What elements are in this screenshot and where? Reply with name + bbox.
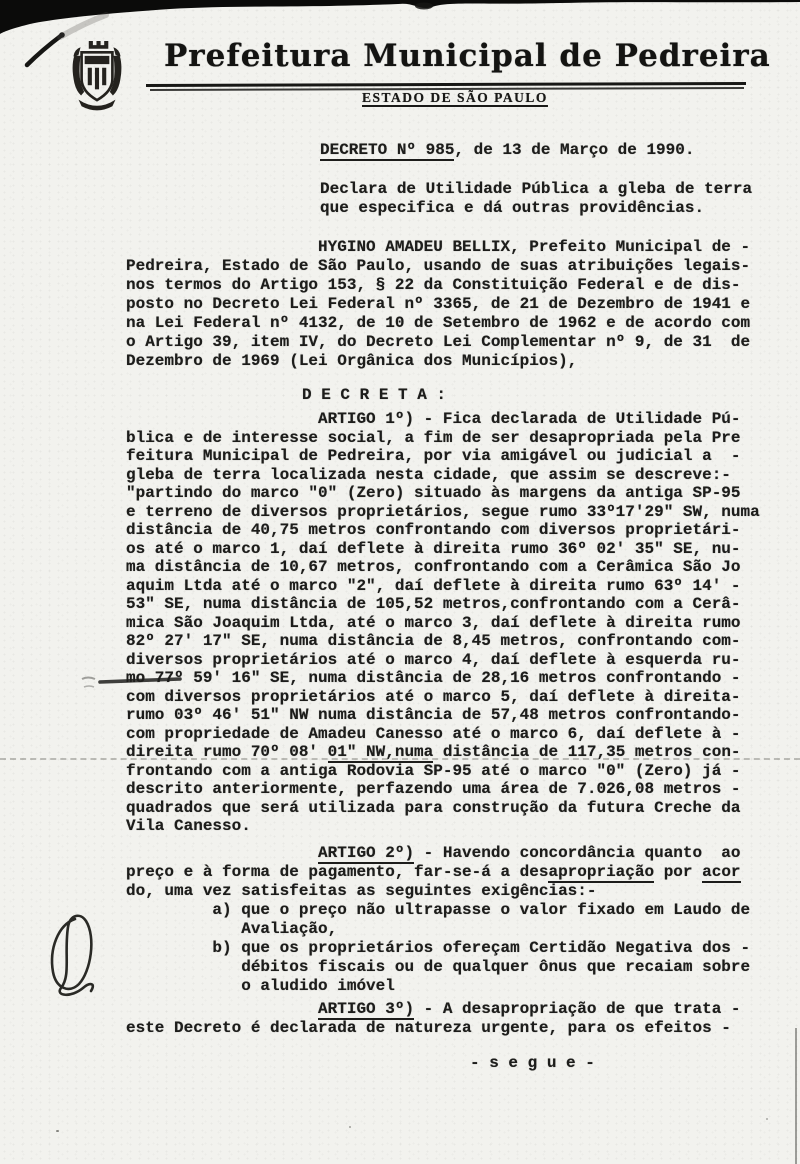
text-line: feitura Municipal de Pedreira, por via a…: [126, 447, 760, 466]
text-line: b) que os proprietários ofereçam Certidã…: [126, 939, 750, 958]
scanned-decree-page: Prefeitura Municipal de Pedreira ESTADO …: [0, 0, 800, 1164]
artigo-1-paragraph: ARTIGO 1º) - Fica declarada de Utilidade…: [126, 410, 760, 836]
text-line: com diversos proprietários até o marco 5…: [126, 688, 760, 707]
text-line: Vila Canesso.: [126, 817, 760, 836]
text-line: do, uma vez satisfeitas as seguintes exi…: [126, 882, 750, 901]
decree-summary: Declara de Utilidade Pública a gleba de …: [320, 180, 752, 218]
text-line: HYGINO AMADEU BELLIX, Prefeito Municipal…: [126, 238, 750, 257]
text-line: Dezembro de 1969 (Lei Orgânica dos Munic…: [126, 352, 750, 371]
fold-line-artifact: [0, 758, 800, 760]
text-line: blica e de interesse social, a fim de se…: [126, 429, 760, 448]
text-line: Avaliação,: [126, 920, 750, 939]
text-line: que especifica e dá outras providências.: [320, 199, 752, 218]
text-line: ARTIGO 1º) - Fica declarada de Utilidade…: [126, 410, 760, 429]
text-line: distância de 40,75 metros confrontando c…: [126, 521, 760, 540]
preamble-paragraph: HYGINO AMADEU BELLIX, Prefeito Municipal…: [126, 238, 750, 371]
handwritten-initial-mark: [30, 905, 130, 1015]
segue-footer: - s e g u e -: [470, 1054, 595, 1072]
text-line: frontando com a antiga Rodovia SP-95 até…: [126, 762, 760, 781]
text-line: ARTIGO 3º) - A desapropriação de que tra…: [126, 1000, 741, 1019]
text-line: Pedreira, Estado de São Paulo, usando de…: [126, 257, 750, 276]
text-line: rumo 03º 46' 51" NW numa distância de 57…: [126, 706, 760, 725]
text-line: quadrados que será utilizada para constr…: [126, 799, 760, 818]
text-line: descrito anteriormente, perfazendo uma á…: [126, 780, 760, 799]
text-line: o aludido imóvel: [126, 977, 750, 996]
text-line: 82º 27' 17" SE, numa distância de 8,45 m…: [126, 632, 760, 651]
text-line: "partindo do marco "0" (Zero) situado às…: [126, 484, 760, 503]
text-line: gleba de terra localizada nesta cidade, …: [126, 466, 760, 485]
scan-speck: [349, 1126, 351, 1128]
text-line: mica São Joaquim Ltda, até o marco 3, da…: [126, 614, 760, 633]
text-line: 53" SE, numa distância de 105,52 metros,…: [126, 595, 760, 614]
text-line: ma distância de 10,67 metros, confrontan…: [126, 558, 760, 577]
text-line: débitos fiscais ou de qualquer ônus que …: [126, 958, 750, 977]
text-line: mo 77º 59' 16" SE, numa distância de 28,…: [126, 669, 760, 688]
text-line: este Decreto é declarada de natureza urg…: [126, 1019, 741, 1038]
text-line: DECRETO Nº 985, de 13 de Março de 1990.: [320, 141, 694, 160]
artigo-3-paragraph: ARTIGO 3º) - A desapropriação de que tra…: [126, 1000, 741, 1038]
decreta-heading: D E C R E T A :: [302, 386, 446, 404]
text-line: a) que o preço não ultrapasse o valor fi…: [126, 901, 750, 920]
letterhead-subtitle: ESTADO DE SÃO PAULO: [362, 90, 548, 106]
artigo-2-paragraph: ARTIGO 2º) - Havendo concordância quanto…: [126, 844, 750, 1015]
text-line: o Artigo 39, item IV, do Decreto Lei Com…: [126, 333, 750, 352]
text-line: diversos proprietários até o marco 4, da…: [126, 651, 760, 670]
scan-speck: [766, 1118, 768, 1120]
pedreira-coat-of-arms-icon: [66, 40, 128, 114]
letterhead-title: Prefeitura Municipal de Pedreira: [164, 38, 771, 74]
scan-speck: [56, 1130, 59, 1132]
text-line: nos termos do Artigo 153, § 22 da Consti…: [126, 276, 750, 295]
text-line: preço e à forma de pagamento, far-se-á a…: [126, 863, 750, 882]
text-line: e terreno de diversos proprietários, seg…: [126, 503, 760, 522]
text-line: posto no Decreto Lei Federal nº 3365, de…: [126, 295, 750, 314]
text-line: na Lei Federal nº 4132, de 10 de Setembr…: [126, 314, 750, 333]
text-line: ARTIGO 2º) - Havendo concordância quanto…: [126, 844, 750, 863]
smudge-strike-artifact: [78, 668, 208, 694]
text-line: com propriedade de Amadeu Canesso até o …: [126, 725, 760, 744]
text-line: Declara de Utilidade Pública a gleba de …: [320, 180, 752, 199]
text-line: aquim Ltda até o marco "2", daí deflete …: [126, 577, 760, 596]
scan-edge-line: [795, 1028, 797, 1164]
text-line: os até o marco 1, daí deflete à direita …: [126, 540, 760, 559]
decree-heading: DECRETO Nº 985, de 13 de Março de 1990.: [320, 141, 694, 160]
